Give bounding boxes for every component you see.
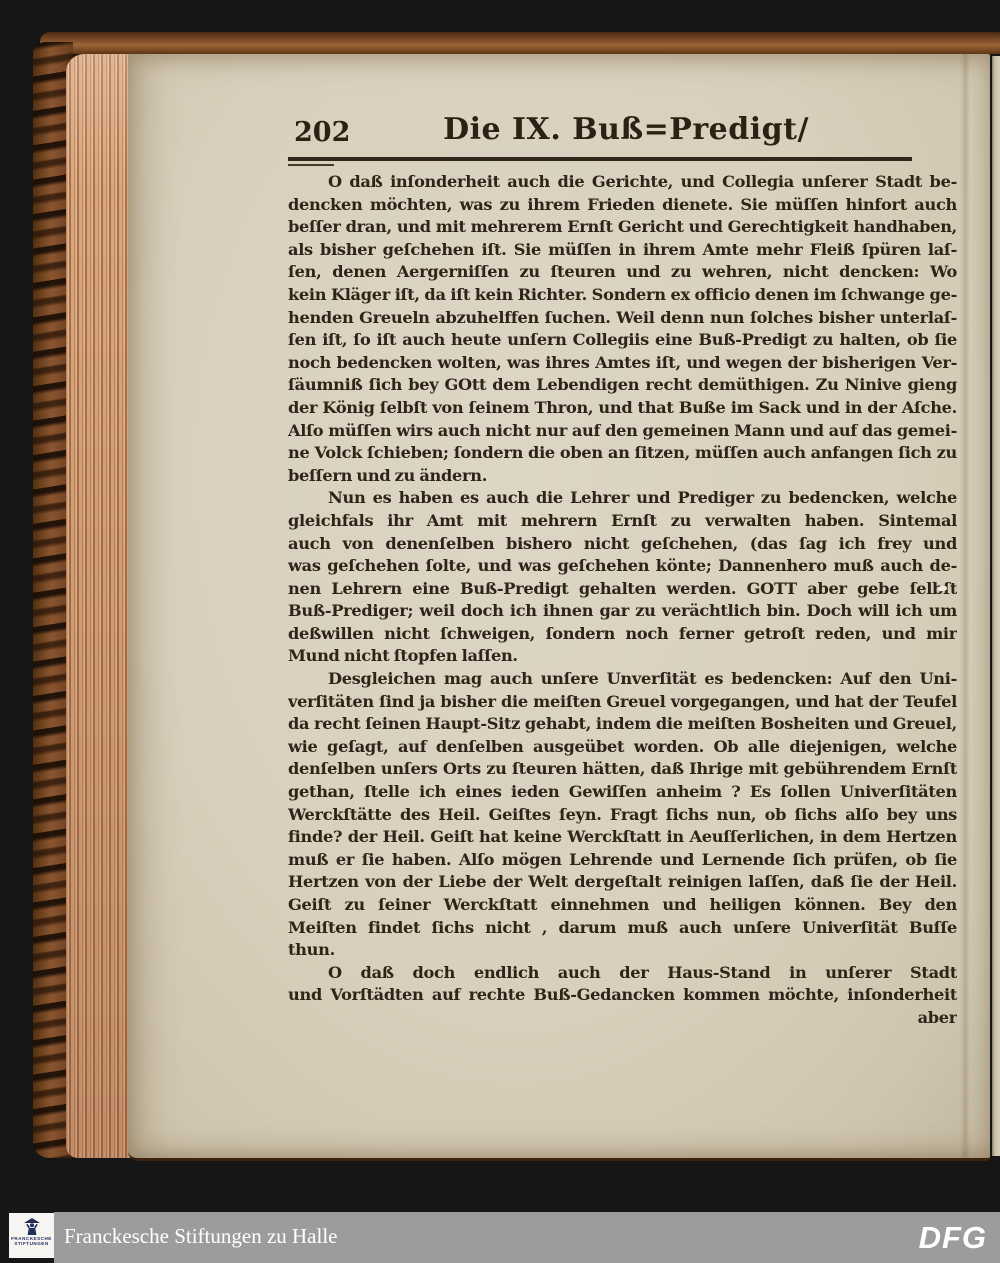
page-number: 202 <box>294 117 350 148</box>
scanned-book-viewer: 202 Die IX. Buß=Predigt/ O daß inſonderh… <box>0 0 1000 1263</box>
text-line: Alſo müſſen wirs auch nicht nur auf den … <box>288 420 957 443</box>
body-text: O daß inſonderheit auch die Gerichte, un… <box>288 171 957 1030</box>
book-top-cover-edge <box>40 32 1000 54</box>
text-line: O daß inſonderheit auch die Gerichte, un… <box>288 171 957 194</box>
text-line: Werckſtätte des Heil. Geiſtes ſeyn. Frag… <box>288 804 957 827</box>
page-crease <box>960 54 970 1158</box>
text-line: muß er ſie haben. Alſo mögen Lehrende un… <box>288 849 957 872</box>
franckesche-emblem-icon <box>21 1217 43 1236</box>
text-line: als bisher geſchehen iſt. Sie müſſen in … <box>288 239 957 262</box>
text-line: der König ſelbſt von ſeinem Thron, und t… <box>288 397 957 420</box>
text-line: was geſchehen ſolte, und was geſchehen k… <box>288 555 957 578</box>
book-page: 202 Die IX. Buß=Predigt/ O daß inſonderh… <box>128 54 990 1161</box>
text-line: Nun es haben es auch die Lehrer und Pred… <box>288 487 957 510</box>
text-line: da recht ſeinen Haupt-Sitz gehabt, indem… <box>288 713 957 736</box>
text-line: denſelben unſers Orts zu ſteuren hätten,… <box>288 758 957 781</box>
text-line: verſitäten ſind ja bisher die meiſten Gr… <box>288 691 957 714</box>
text-line: Mund nicht ſtopfen laſſen. <box>288 645 957 668</box>
text-line: thun. <box>288 939 957 962</box>
text-line: gethan, ſtelle ich eines ieden Gewiſſen … <box>288 781 957 804</box>
franckesche-stiftungen-logo: FRANCKESCHE STIFTUNGEN <box>9 1213 54 1258</box>
logo-text-line2: STIFTUNGEN <box>14 1241 48 1246</box>
header-rule-segment <box>288 164 334 166</box>
page-header-title: Die IX. Buß=Predigt/ <box>443 112 809 147</box>
text-line: ne Volck ſchieben; ſondern die oben an ſ… <box>288 442 957 465</box>
text-line: finde? der Heil. Geiſt hat keine Werckſt… <box>288 826 957 849</box>
dfg-logo: DFG <box>919 1212 987 1263</box>
text-line: auch von denenſelben bishero nicht geſch… <box>288 533 957 556</box>
text-line: kein Kläger iſt, da iſt kein Richter. So… <box>288 284 957 307</box>
text-line: O daß doch endlich auch der Haus-Stand i… <box>288 962 957 985</box>
text-line: gleichfals ihr Amt mit mehrern Ernſt zu … <box>288 510 957 533</box>
text-line: Desgleichen mag auch unſere Unverſität e… <box>288 668 957 691</box>
institution-name: Franckesche Stiftungen zu Halle <box>64 1212 338 1263</box>
text-line: ſen, denen Aergerniſſen zu ſteuren und z… <box>288 261 957 284</box>
text-line: noch bedencken wolten, was ihres Amtes i… <box>288 352 957 375</box>
text-line: Hertzen von der Liebe der Welt dergeſtal… <box>288 871 957 894</box>
text-line: Meiſten findet ſichs nicht , darum muß a… <box>288 917 957 940</box>
text-line: Geiſt zu ſeiner Werckſtatt einnehmen und… <box>288 894 957 917</box>
text-line: dencken möchten, was zu ihrem Frieden di… <box>288 194 957 217</box>
text-line: deßwillen nicht ſchweigen, ſondern noch … <box>288 623 957 646</box>
text-line: henden Greueln abzuhelffen ſuchen. Weil … <box>288 307 957 330</box>
next-page-edge <box>992 56 1000 1156</box>
text-line: nen Lehrern eine Buß-Predigt gehalten we… <box>288 578 957 601</box>
book-page-edges <box>66 54 132 1158</box>
catchword: aber <box>288 1007 957 1030</box>
text-line: und Vorſtädten auf rechte Buß-Gedancken … <box>288 984 957 1007</box>
text-line: ſäumniß ſich bey GOtt dem Lebendigen rec… <box>288 374 957 397</box>
header-rule <box>288 157 912 161</box>
text-line: ſen iſt, ſo iſt auch heute unſern Colleg… <box>288 329 957 352</box>
text-line: Buß-Prediger; weil doch ich ihnen gar zu… <box>288 600 957 623</box>
text-line: wie geſagt, auf denſelben ausgeübet word… <box>288 736 957 759</box>
text-line: beſſer dran, und mit mehrerem Ernſt Geri… <box>288 216 957 239</box>
text-line: beſſern und zu ändern. <box>288 465 957 488</box>
